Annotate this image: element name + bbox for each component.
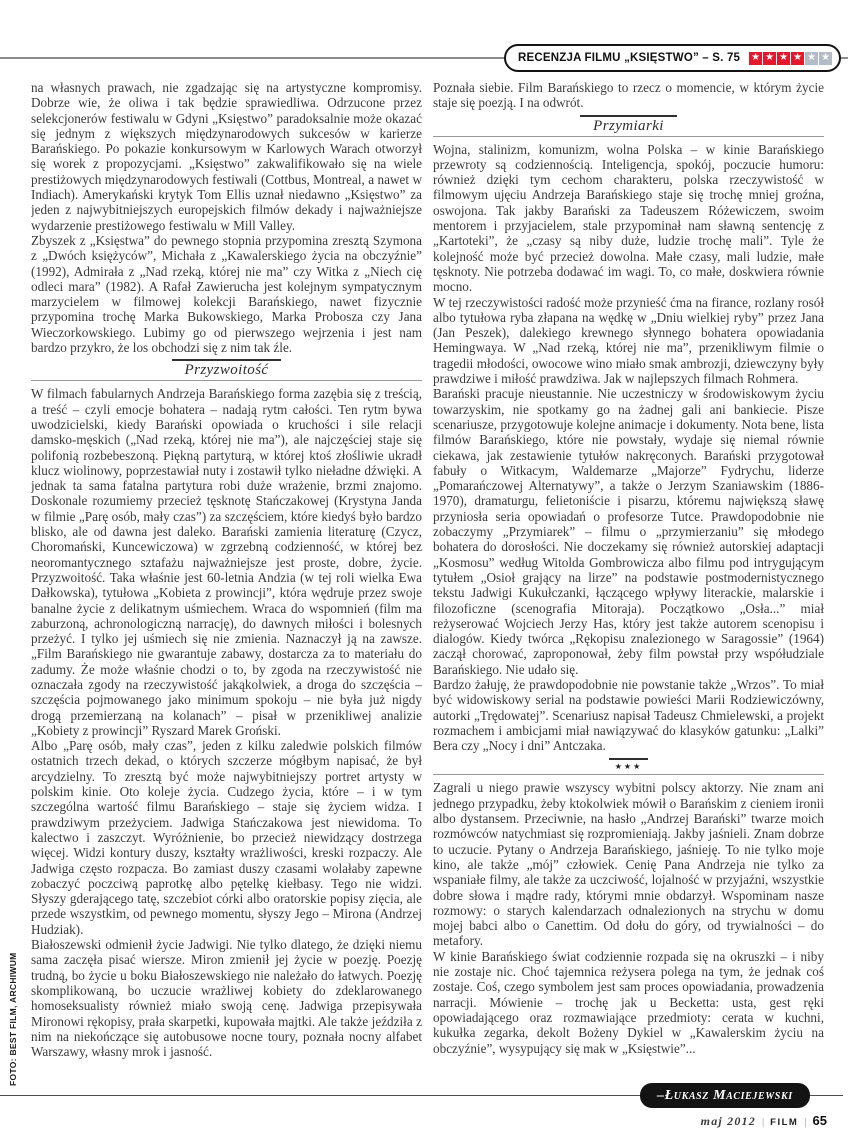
paragraph: Wojna, stalinizm, komunizm, wolna Polska… xyxy=(433,142,824,295)
star-icon: ★ xyxy=(777,52,790,65)
paragraph: W tej rzeczywistości radość może przynie… xyxy=(433,295,824,387)
paragraph: Bardzo żałuję, że prawdopodobnie nie pow… xyxy=(433,677,824,753)
review-badge: RECENZJA FILMU „KSIĘSTWO” – S. 75 ★ ★ ★ … xyxy=(504,44,841,72)
author-name: –Łukasz Maciejewski xyxy=(657,1088,793,1104)
section-heading-przymiarki: Przymiarki xyxy=(433,115,824,137)
magazine-logo: FILM xyxy=(770,1117,798,1128)
paragraph: Albo „Parę osób, mały czas”, jeden z kil… xyxy=(31,738,422,937)
star-icon: ★ xyxy=(763,52,776,65)
paragraph: Zbyszek z „Księstwa” do pewnego stopnia … xyxy=(31,233,422,355)
column-left: na własnych prawach, nie zgadzając się n… xyxy=(31,80,422,1094)
article-body: na własnych prawach, nie zgadzając się n… xyxy=(31,80,825,1094)
paragraph: Białoszewski odmienił życie Jadwigi. Nie… xyxy=(31,937,422,1059)
stars-divider: ★★★ xyxy=(433,757,824,775)
magazine-page: RECENZJA FILMU „KSIĘSTWO” – S. 75 ★ ★ ★ … xyxy=(0,0,855,1147)
review-badge-label: RECENZJA FILMU „KSIĘSTWO” – S. 75 xyxy=(518,52,740,64)
author-badge: –Łukasz Maciejewski xyxy=(640,1083,810,1108)
star-rating: ★ ★ ★ ★ ★ ★ xyxy=(749,52,832,65)
paragraph: Zagrali u niego prawie wszyscy wybitni p… xyxy=(433,780,824,948)
stars-divider-icon: ★★★ xyxy=(609,758,649,774)
footer-meta: maj 2012 | FILM | 65 xyxy=(701,1113,827,1129)
star-icon: ★ xyxy=(791,52,804,65)
footer-separator: | xyxy=(804,1116,806,1128)
paragraph: Poznała siebie. Film Barańskiego to rzec… xyxy=(433,80,824,111)
footer-separator: | xyxy=(762,1116,764,1128)
star-icon: ★ xyxy=(805,52,818,65)
photo-credit: FOTO: BEST FILM, ARCHIWUM xyxy=(8,952,18,1086)
paragraph: W filmach fabularnych Andrzeja Barańskie… xyxy=(31,386,422,738)
paragraph: na własnych prawach, nie zgadzając się n… xyxy=(31,80,422,233)
section-heading-przyzwoitosc: Przyzwoitość xyxy=(31,359,422,381)
issue-date: maj 2012 xyxy=(701,1114,756,1129)
paragraph: W kinie Barańskiego świat codziennie roz… xyxy=(433,949,824,1056)
column-right: Poznała siebie. Film Barańskiego to rzec… xyxy=(433,80,824,1094)
paragraph: Barański pracuje nieustannie. Nie uczest… xyxy=(433,386,824,677)
star-icon: ★ xyxy=(749,52,762,65)
page-number: 65 xyxy=(813,1113,827,1128)
star-icon: ★ xyxy=(819,52,832,65)
